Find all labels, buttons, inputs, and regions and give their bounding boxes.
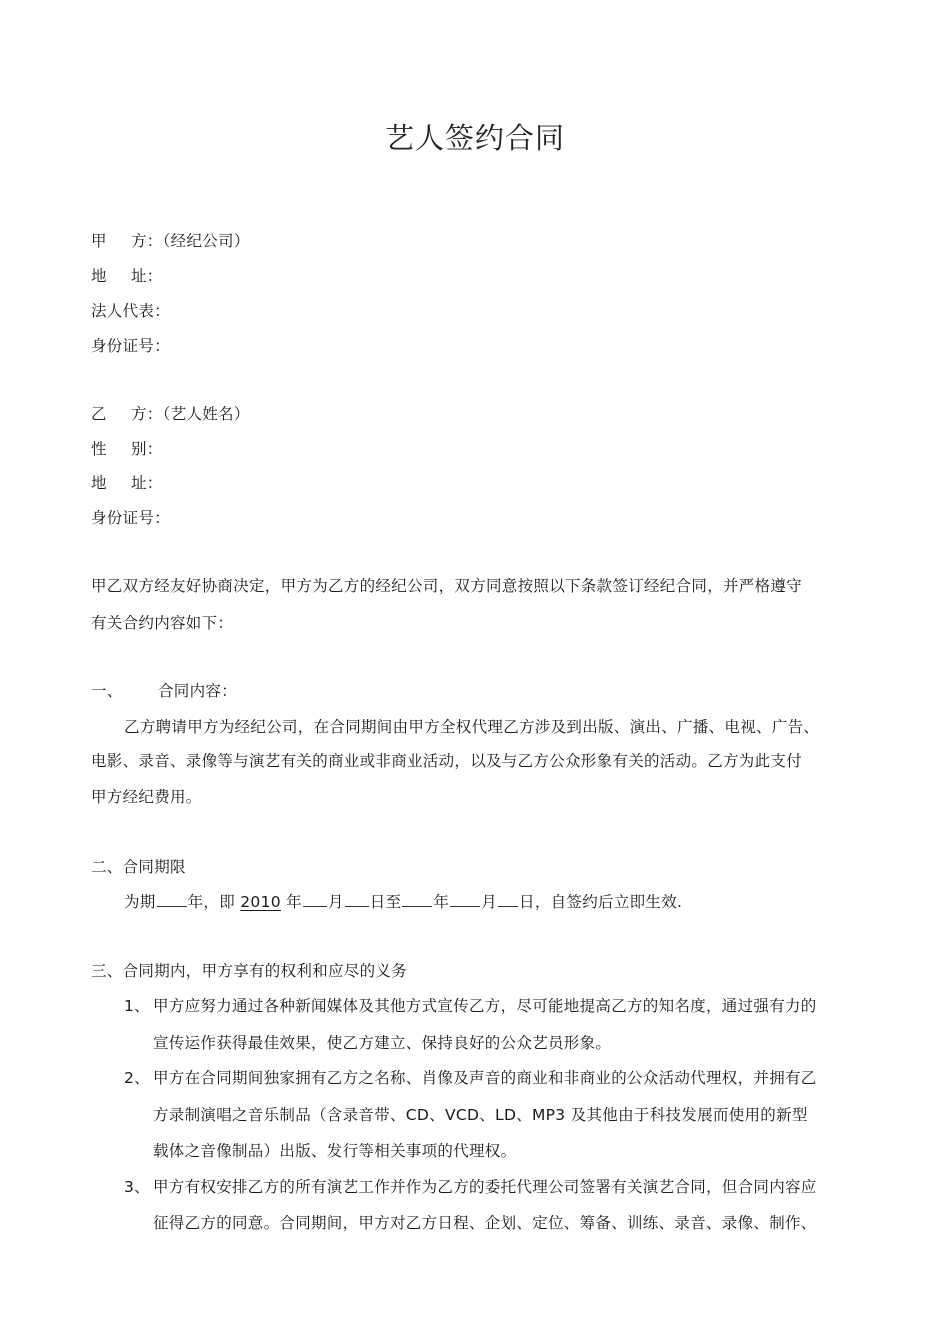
term-years-blank[interactable] [157, 892, 187, 907]
party-a-label-1: 甲 [91, 230, 131, 252]
day-to: 日至 [370, 893, 402, 911]
party-b-address-label-1: 地 [91, 472, 131, 494]
section-2-term-line: 为期年，即 2010 年月日至年月日，自签约后立即生效. [124, 891, 682, 913]
section-1-line-1: 乙方聘请甲方为经纪公司，在合同期间由甲方全权代理乙方涉及到出版、演出、广播、电视… [124, 716, 819, 738]
section-3-item-1-line-1: 1、甲方应努力通过各种新闻媒体及其他方式宣传乙方，尽可能地提高乙方的知名度，通过… [124, 995, 817, 1017]
section-3-item-2-line-2: 方录制演唱之音乐制品（含录音带、CD、VCD、LD、MP3 及其他由于科技发展而… [153, 1104, 808, 1126]
party-b-address-line: 地址： [91, 472, 163, 494]
party-a-address-line: 地址： [91, 265, 163, 287]
section-1-line-2: 电影、录音、录像等与演艺有关的商业或非商业活动，以及与乙方公众形象有关的活动。乙… [91, 750, 802, 772]
year-word-3: 年 [433, 893, 449, 911]
party-a-id-line: 身份证号： [91, 335, 170, 357]
document-page: 艺人签约合同 甲方：（经纪公司） 地址： 法人代表： 身份证号： 乙方：（艺人姓… [0, 0, 950, 1344]
end-year-blank[interactable] [402, 892, 432, 907]
start-day-blank[interactable] [345, 892, 369, 907]
party-b-label-1: 乙 [91, 403, 131, 425]
year-word-2: 年 [286, 893, 302, 911]
item-number: 1、 [124, 995, 153, 1017]
section-3-item-1-line-2: 宣传运作获得最佳效果，使乙方建立、保持良好的公众艺员形象。 [153, 1032, 611, 1054]
end-day-blank[interactable] [498, 892, 518, 907]
item-text: 甲方在合同期间独家拥有乙方之名称、肖像及声音的商业和非商业的公众活动代理权，并拥… [153, 1069, 817, 1087]
year-word: 年 [188, 893, 204, 911]
term-suffix: 日，自签约后立即生效. [519, 893, 682, 911]
section-1-line-3: 甲方经纪费用。 [91, 786, 202, 808]
party-b-label-2: 方： [131, 405, 163, 423]
party-b-value: （艺人姓名） [163, 405, 250, 423]
party-b-gender-label-2: 别： [131, 440, 163, 458]
section-1-title: 合同内容： [158, 682, 237, 700]
party-b-line: 乙方：（艺人姓名） [91, 403, 250, 425]
preamble-line-1: 甲乙双方经友好协商决定，甲方为乙方的经纪公司，双方同意按照以下条款签订经纪合同，… [91, 575, 802, 597]
section-3-item-3-line-2: 征得乙方的同意。合同期间，甲方对乙方日程、企划、定位、筹备、训练、录音、录像、制… [153, 1212, 817, 1234]
party-a-legal-rep-line: 法人代表： [91, 300, 170, 322]
start-year: 2010 [240, 893, 281, 911]
party-b-gender-label-1: 性 [91, 438, 131, 460]
section-3-item-2-line-3: 载体之音像制品）出版、发行等相关事项的代理权。 [153, 1140, 516, 1162]
term-prefix: 为期 [124, 893, 156, 911]
party-a-value: （经纪公司） [163, 232, 250, 250]
start-month-blank[interactable] [303, 892, 327, 907]
month-word: 月 [328, 893, 344, 911]
preamble-line-2: 有关合约内容如下： [91, 612, 233, 634]
section-3-heading: 三、合同期内，甲方享有的权利和应尽的义务 [91, 960, 407, 982]
section-2-heading: 二、合同期限 [91, 856, 186, 878]
item-text: 甲方有权安排乙方的所有演艺工作并作为乙方的委托代理公司签署有关演艺合同，但合同内… [153, 1178, 817, 1196]
party-a-label-2: 方： [131, 232, 163, 250]
section-3-item-3-line-1: 3、甲方有权安排乙方的所有演艺工作并作为乙方的委托代理公司签署有关演艺合同，但合… [124, 1176, 817, 1198]
item-text: 甲方应努力通过各种新闻媒体及其他方式宣传乙方，尽可能地提高乙方的知名度，通过强有… [153, 997, 817, 1015]
end-month-blank[interactable] [450, 892, 480, 907]
section-1-heading: 一、合同内容： [91, 680, 237, 702]
comma-ji: ，即 [203, 893, 235, 911]
party-a-address-label-2: 址： [131, 267, 163, 285]
section-1-number: 一、 [91, 680, 158, 702]
item-number: 2、 [124, 1067, 153, 1089]
party-b-gender-line: 性别： [91, 438, 163, 460]
document-title: 艺人签约合同 [0, 116, 950, 157]
party-b-id-line: 身份证号： [91, 507, 170, 529]
party-a-line: 甲方：（经纪公司） [91, 230, 250, 252]
party-a-address-label-1: 地 [91, 265, 131, 287]
section-3-item-2-line-1: 2、甲方在合同期间独家拥有乙方之名称、肖像及声音的商业和非商业的公众活动代理权，… [124, 1067, 817, 1089]
item-number: 3、 [124, 1176, 153, 1198]
month-word-2: 月 [481, 893, 497, 911]
party-b-address-label-2: 址： [131, 474, 163, 492]
